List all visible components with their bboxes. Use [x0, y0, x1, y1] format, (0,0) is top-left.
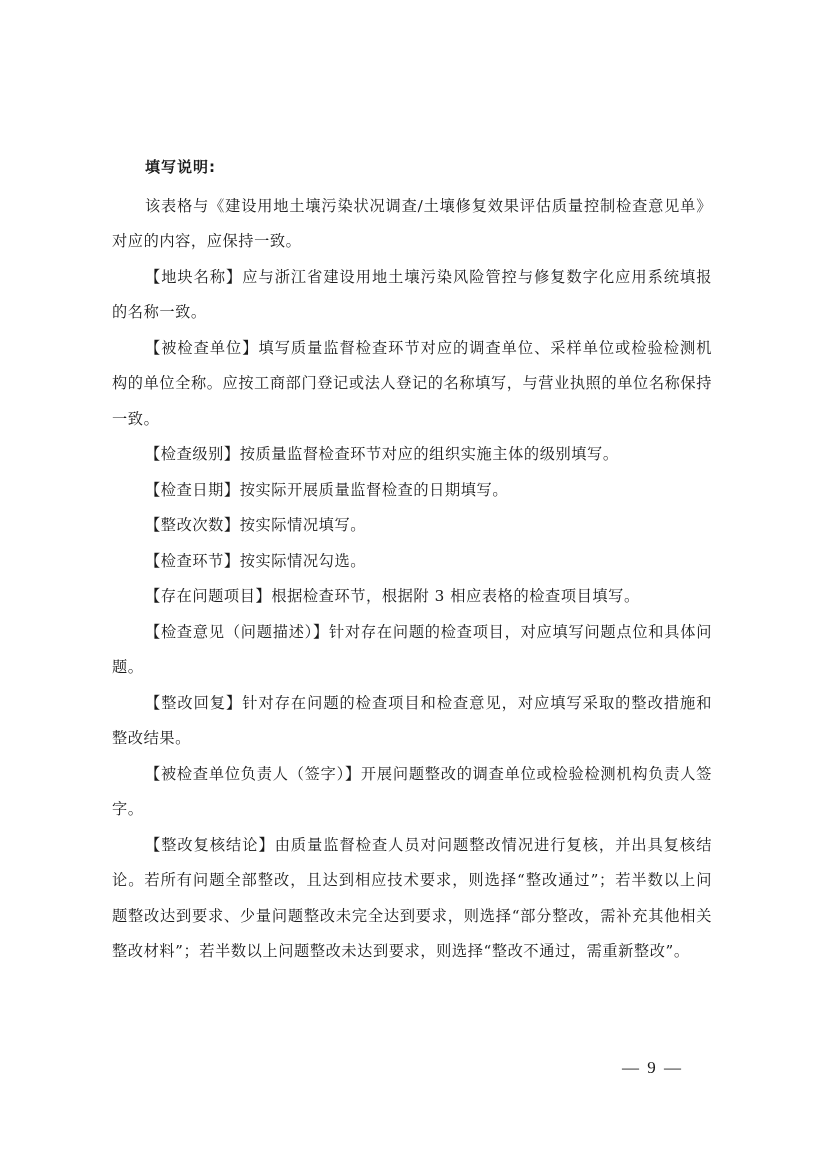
document-body: 填写说明: 该表格与《建设用地土壤污染状况调查/土壤修复效果评估质量控制检查意见…: [112, 153, 712, 970]
paragraph-responsible-signature: 【被检查单位负责人（签字）】开展问题整改的调查单位或检验检测机构负责人签字。: [112, 757, 712, 828]
paragraph-inspection-opinion: 【检查意见（问题描述）】针对存在问题的检查项目，对应填写问题点位和具体问题。: [112, 615, 712, 686]
paragraph-plot-name: 【地块名称】应与浙江省建设用地土壤污染风险管控与修复数字化应用系统填报的名称一致…: [112, 260, 712, 331]
instructions-heading: 填写说明:: [145, 153, 712, 189]
paragraph-inspection-level: 【检查级别】按质量监督检查环节对应的组织实施主体的级别填写。: [112, 437, 712, 473]
paragraph-inspection-date: 【检查日期】按实际开展质量监督检查的日期填写。: [112, 473, 712, 509]
paragraph-inspection-stage: 【检查环节】按实际情况勾选。: [112, 544, 712, 580]
paragraph-inspected-unit: 【被检查单位】填写质量监督检查环节对应的调查单位、采样单位或检验检测机构的单位全…: [112, 331, 712, 438]
paragraph-rectification-count: 【整改次数】按实际情况填写。: [112, 508, 712, 544]
paragraph-rectification-reply: 【整改回复】针对存在问题的检查项目和检查意见，对应填写采取的整改措施和整改结果。: [112, 686, 712, 757]
paragraph-intro: 该表格与《建设用地土壤污染状况调查/土壤修复效果评估质量控制检查意见单》对应的内…: [112, 189, 712, 260]
page-number: — 9 —: [622, 1058, 683, 1078]
paragraph-problem-items: 【存在问题项目】根据检查环节，根据附 3 相应表格的检查项目填写。: [112, 579, 712, 615]
paragraph-review-conclusion: 【整改复核结论】由质量监督检查人员对问题整改情况进行复核，并出具复核结论。若所有…: [112, 828, 712, 970]
